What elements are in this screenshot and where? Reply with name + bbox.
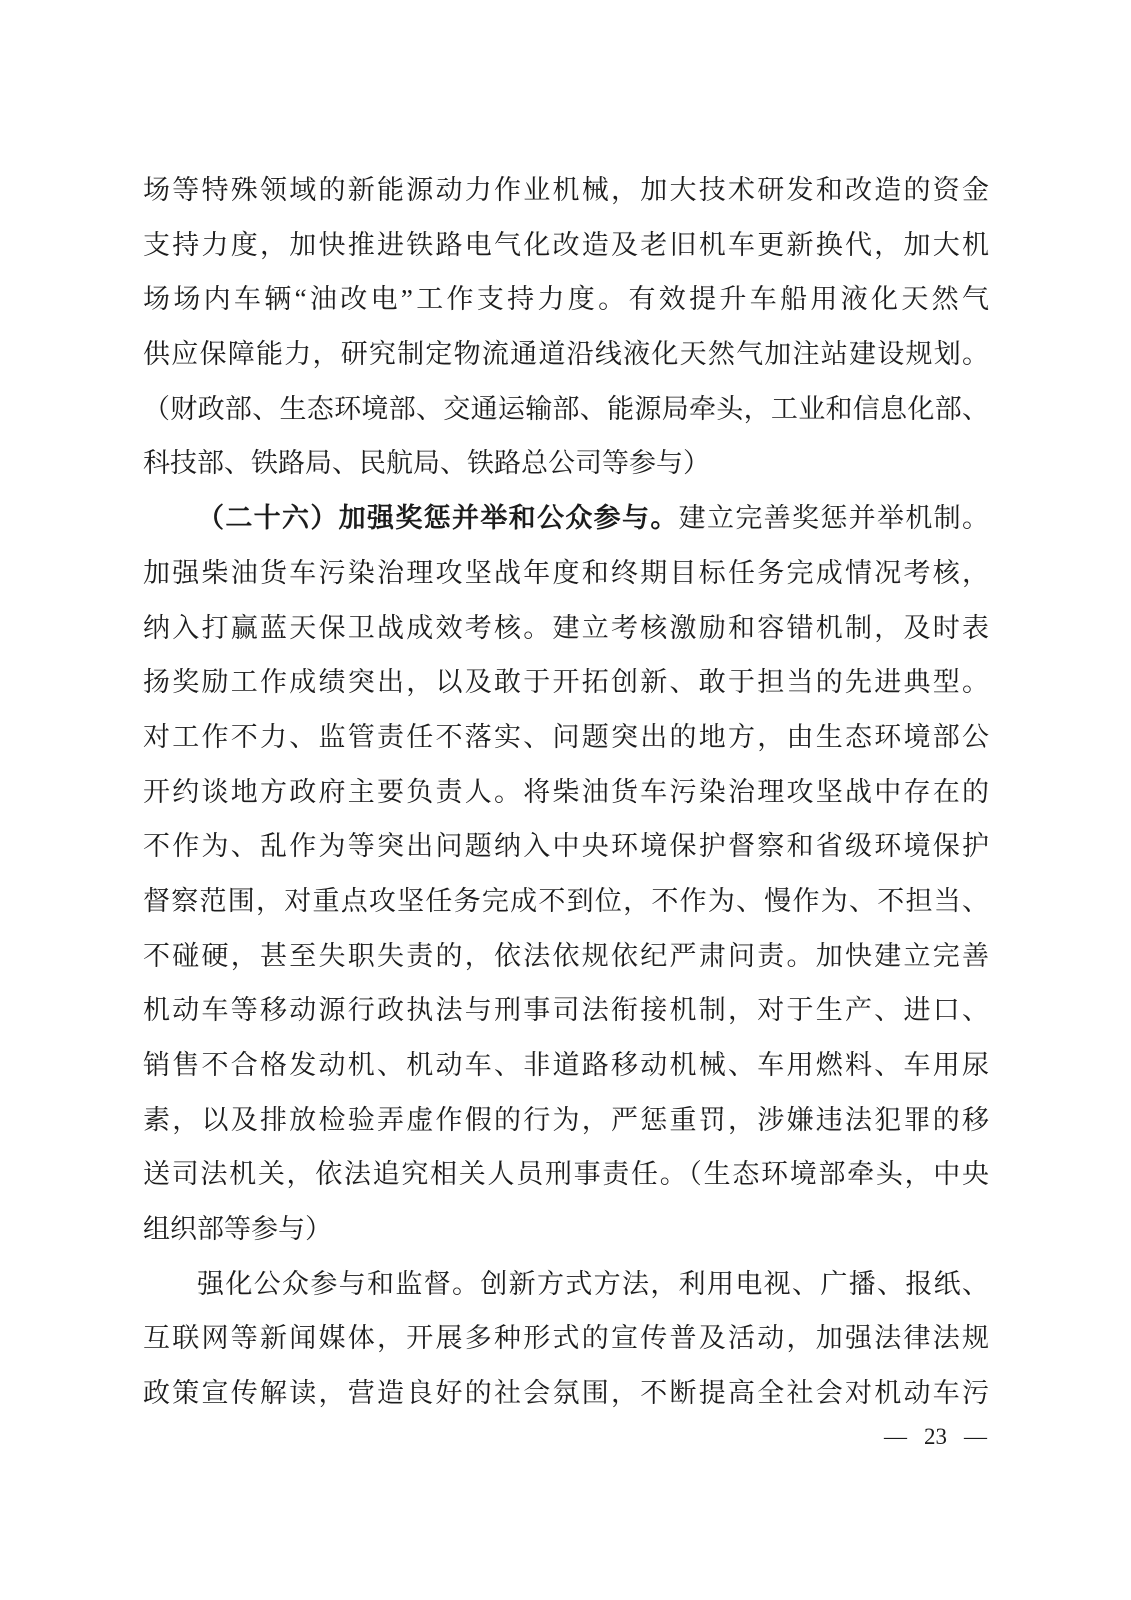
text-line: 场等特殊领域的新能源动力作业机械，加大技术研发和改造的资金 — [143, 163, 989, 218]
footer-dash-right: — — [964, 1424, 987, 1450]
text-line: 支持力度，加快推进铁路电气化改造及老旧机车更新换代，加大机 — [143, 218, 989, 273]
document-page: 场等特殊领域的新能源动力作业机械，加大技术研发和改造的资金 支持力度，加快推进铁… — [0, 0, 1131, 1600]
text-line: 开约谈地方政府主要负责人。将柴油货车污染治理攻坚战中存在的 — [143, 765, 989, 820]
text-line: 不碰硬，甚至失职失责的，依法依规依纪严肃问责。加快建立完善 — [143, 929, 989, 984]
text-line: 素，以及排放检验弄虚作假的行为，严惩重罚，涉嫌违法犯罪的移 — [143, 1093, 989, 1148]
page-number: 23 — [924, 1424, 947, 1450]
text-line: 机动车等移动源行政执法与刑事司法衔接机制，对于生产、进口、 — [143, 983, 989, 1038]
section-heading-bold: （二十六）加强奖惩并举和公众参与。 — [197, 503, 679, 533]
text-line: 加强柴油货车污染治理攻坚战年度和终期目标任务完成情况考核， — [143, 546, 989, 601]
text-line: 不作为、乱作为等突出问题纳入中央环境保护督察和省级环境保护 — [143, 819, 989, 874]
text-line: （财政部、生态环境部、交通运输部、能源局牵头，工业和信息化部、 — [143, 382, 989, 437]
text-line: 对工作不力、监管责任不落实、问题突出的地方，由生态环境部公 — [143, 710, 989, 765]
text-line: 场场内车辆“油改电”工作支持力度。有效提升车船用液化天然气 — [143, 272, 989, 327]
body-text-block: 场等特殊领域的新能源动力作业机械，加大技术研发和改造的资金 支持力度，加快推进铁… — [143, 163, 989, 1421]
text-line: 科技部、铁路局、民航局、铁路总公司等参与） — [143, 436, 989, 491]
text-line: 互联网等新闻媒体，开展多种形式的宣传普及活动，加强法律法规 — [143, 1311, 989, 1366]
section-heading-rest: 建立完善奖惩并举机制。 — [679, 503, 989, 533]
text-line: 供应保障能力，研究制定物流通道沿线液化天然气加注站建设规划。 — [143, 327, 989, 382]
text-line: 督察范围，对重点攻坚任务完成不到位，不作为、慢作为、不担当、 — [143, 874, 989, 929]
text-line: 销售不合格发动机、机动车、非道路移动机械、车用燃料、车用尿 — [143, 1038, 989, 1093]
page-footer: — 23 — — [884, 1424, 987, 1450]
text-line: 扬奖励工作成绩突出，以及敢于开拓创新、敢于担当的先进典型。 — [143, 655, 989, 710]
text-line: 组织部等参与） — [143, 1202, 989, 1257]
text-line: 纳入打赢蓝天保卫战成效考核。建立考核激励和容错机制，及时表 — [143, 601, 989, 656]
footer-dash-left: — — [884, 1424, 907, 1450]
text-line: 送司法机关，依法追究相关人员刑事责任。（生态环境部牵头，中央 — [143, 1147, 989, 1202]
text-line: 强化公众参与和监督。创新方式方法，利用电视、广播、报纸、 — [143, 1257, 989, 1312]
section-heading-line: （二十六）加强奖惩并举和公众参与。建立完善奖惩并举机制。 — [143, 491, 989, 546]
text-line: 政策宣传解读，营造良好的社会氛围，不断提高全社会对机动车污 — [143, 1366, 989, 1421]
